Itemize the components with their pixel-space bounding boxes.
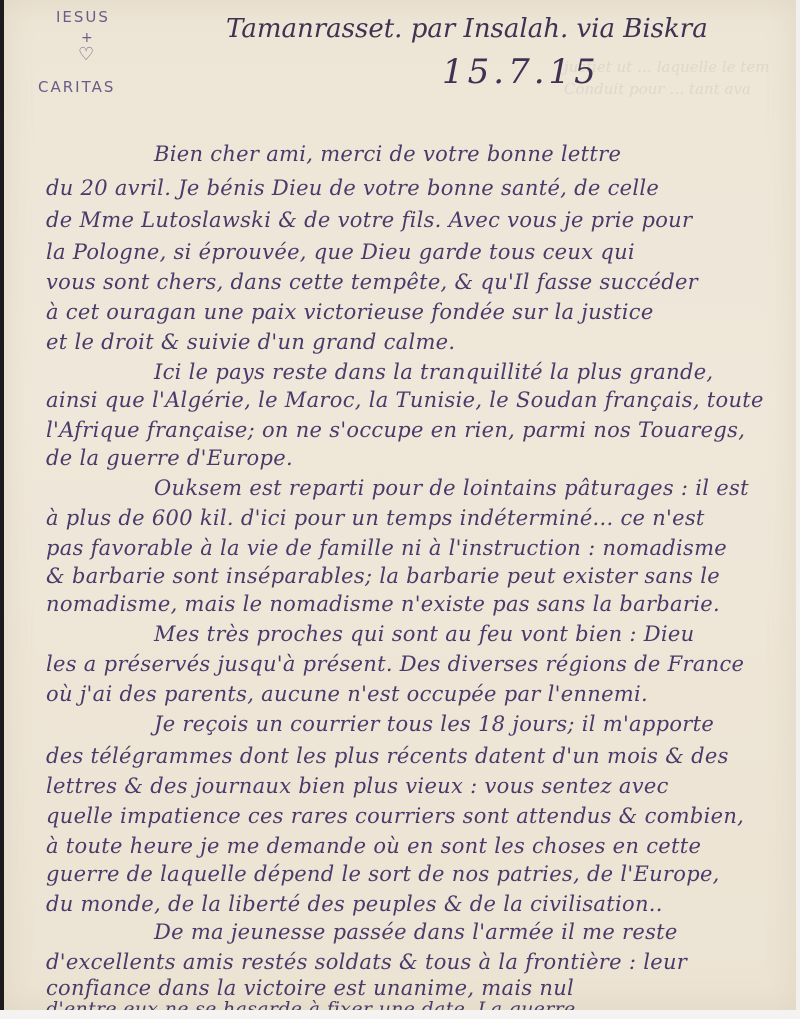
letter-line: à plus de 600 kil. d'ici pour un temps i… bbox=[46, 506, 705, 530]
letter-line: la Pologne, si éprouvée, que Dieu garde … bbox=[46, 240, 635, 264]
letter-line: Bien cher ami, merci de votre bonne lett… bbox=[154, 142, 621, 166]
letter-line: du monde, de la liberté des peuples & de… bbox=[46, 892, 663, 916]
letter-line: l'Afrique française; on ne s'occupe en r… bbox=[46, 418, 745, 442]
letter-line: des télégrammes dont les plus récents da… bbox=[46, 744, 729, 768]
letter-line: quelle impatience ces rares courriers so… bbox=[46, 804, 744, 828]
letter-line: et le droit & suivie d'un grand calme. bbox=[46, 330, 455, 354]
letter-place-header: Tamanrasset. par Insalah. via Biskra bbox=[226, 14, 708, 44]
letter-line: De ma jeunesse passée dans l'armée il me… bbox=[154, 920, 678, 944]
heart-icon: ♡ bbox=[78, 44, 96, 65]
letter-line: pas favorable à la vie de famille ni à l… bbox=[46, 536, 727, 560]
letter-line: ainsi que l'Algérie, le Maroc, la Tunisi… bbox=[46, 388, 764, 412]
letter-line: Ici le pays reste dans la tranquillité l… bbox=[154, 360, 713, 384]
monogram-iesus: IESUS bbox=[56, 8, 110, 26]
letter-line: de Mme Lutoslawski & de votre fils. Avec… bbox=[46, 208, 692, 232]
letter-line: guerre de laquelle dépend le sort de nos… bbox=[46, 862, 720, 886]
monogram-caritas: CARITAS bbox=[38, 78, 115, 96]
letter-line: de la guerre d'Europe. bbox=[46, 446, 293, 470]
letter-line: nomadisme, mais le nomadisme n'existe pa… bbox=[46, 592, 720, 616]
letter-line: vous sont chers, dans cette tempête, & q… bbox=[46, 270, 698, 294]
letter-line: & barbarie sont inséparables; la barbari… bbox=[46, 564, 720, 588]
letter-line: confiance dans la victoire est unanime, … bbox=[46, 976, 574, 1000]
letter-line: Ouksem est reparti pour de lointains pât… bbox=[154, 476, 749, 500]
letter-line: Mes très proches qui sont au feu vont bi… bbox=[154, 622, 694, 646]
letter-date: 15.7.15 bbox=[442, 52, 600, 92]
scan-bottom-margin bbox=[0, 1010, 800, 1019]
letter-page: justiet ut … laquelle le tem Conduit pou… bbox=[4, 0, 796, 1010]
letter-line: lettres & des journaux bien plus vieux :… bbox=[46, 774, 669, 798]
letter-line: d'excellents amis restés soldats & tous … bbox=[46, 950, 687, 974]
letter-line: où j'ai des parents, aucune n'est occupé… bbox=[46, 682, 648, 706]
letter-line: Je reçois un courrier tous les 18 jours;… bbox=[154, 712, 714, 736]
letter-line: du 20 avril. Je bénis Dieu de votre bonn… bbox=[46, 176, 659, 200]
letter-line: les a préservés jusqu'à présent. Des div… bbox=[46, 652, 744, 676]
letter-line: à toute heure je me demande où en sont l… bbox=[46, 834, 701, 858]
letter-line: à cet ouragan une paix victorieuse fondé… bbox=[46, 300, 654, 324]
